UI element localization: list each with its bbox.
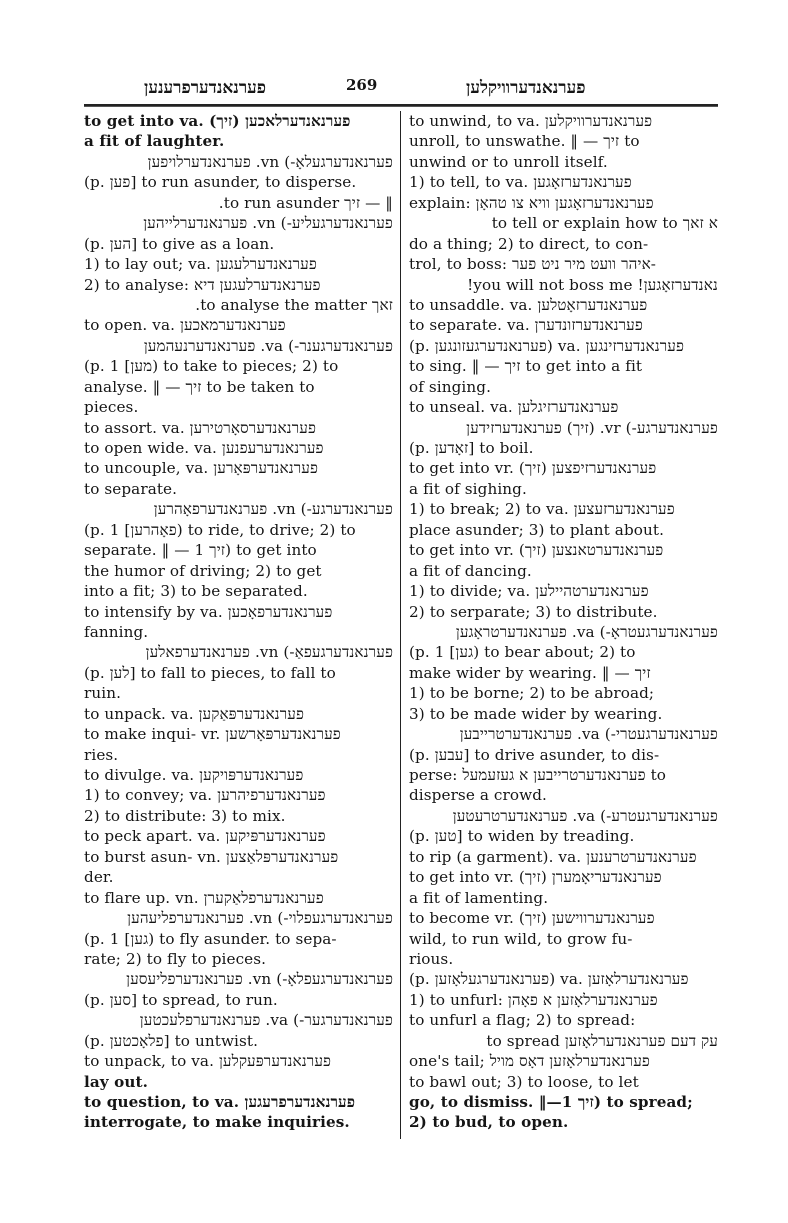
entry-line: (p. גען] 1) to bear about; 2) to (409, 642, 718, 662)
entry-line: (p. פערנאנדערגעלאָזען) va. פערנאנדערלאָז… (409, 969, 718, 989)
entry-line: into a fit; 3) to be separated. (84, 581, 393, 601)
entry-line: do a thing; 2) to direct, to con- (409, 234, 718, 254)
entry-line: place asunder; 3) to plant about. (409, 520, 718, 540)
entry-line: to get into va. (זיך) פערנאנדערלאכען (84, 111, 393, 131)
entry-line: to open wide. va. פערנאנדערעפנען (84, 438, 393, 458)
entry-line: (p. פערנאנדערגעזונגען) va. פערנאנדערזינג… (409, 336, 718, 356)
entry-line: (p. לען] to fall to pieces, to fall to (84, 663, 393, 683)
entry-line: pieces. (84, 397, 393, 417)
entry-line: analyse. ‖ — זיך to be taken to (84, 377, 393, 397)
entry-line: (p. זאָדען] to boil. (409, 438, 718, 458)
entry-line: to get into vr. (זיך) פערנאנדערזיפצען (409, 458, 718, 478)
entry-line: 1) to tell, to va. פערנאנדערזאָגען (409, 172, 718, 192)
left-guide-word: פערנאנדערפרענען (144, 78, 266, 98)
entry-line: to burst asun- vn. פערנאנדערפּלאַצען (84, 847, 393, 867)
entry-columns: to get into va. (זיך) פערנאנדערלאכעןa fi… (84, 111, 718, 1139)
entry-line: פערנאנדערגעפאַ-) vn. פערנאנדערפאלען (84, 642, 393, 662)
entry-line: (p. הען] to give as a loan. (84, 234, 393, 254)
entry-line: פערנאנדערגעטרע-) va. פערנאנדערטרעטען (409, 806, 718, 826)
entry-line: perse: פערנאנדערטרייבען א געזעמעל to (409, 765, 718, 785)
entry-line: נאנדערזאָגען! you will not boss me! (409, 275, 718, 295)
entry-line: to rip (a garment). va. פערנאנדערטרענען (409, 847, 718, 867)
entry-line: a fit of sighing. (409, 479, 718, 499)
entry-line: rate; 2) to fly to pieces. (84, 949, 393, 969)
entry-line: 2) to bud, to open. (409, 1112, 718, 1132)
entry-line: (p. פען] to run asunder, to disperse. (84, 172, 393, 192)
entry-line: פערנאנדערגעטרי-) va. פערנאנדערטרייבען (409, 724, 718, 744)
entry-line: to unwind, to va. פערנאנדערוויקלען (409, 111, 718, 131)
entry-line: (p. עבען] to drive asunder, to dis- (409, 745, 718, 765)
entry-line: wild, to run wild, to grow fu- (409, 929, 718, 949)
entry-line: (p. גען] 1) to fly asunder. to sepa- (84, 929, 393, 949)
entry-line: fanning. (84, 622, 393, 642)
entry-line: פערנאנדערגע-) vn. פערנאנדערפאָהרען (84, 499, 393, 519)
entry-line: ruin. (84, 683, 393, 703)
dictionary-page: פערנאנדערפרענען 269 פערנאנדערוויקלען to … (84, 72, 718, 1139)
entry-line: 2) to distribute: 3) to mix. (84, 806, 393, 826)
entry-line: go, to dismiss. ‖—זיך 1) to spread; (409, 1092, 718, 1112)
entry-line: to flare up. vn. פערנאנדערפלאַקערן (84, 888, 393, 908)
entry-line: a fit of dancing. (409, 561, 718, 581)
entry-line: 1) to unfurl: פערנאנדערלאָזען א פאָהן (409, 990, 718, 1010)
entry-line: 1) to break; 2) to va. פערנאנדערזעצען (409, 499, 718, 519)
entry-line: 3) to be made wider by wearing. (409, 704, 718, 724)
entry-line: to peck apart. va. פערנאנדערפּיקען (84, 826, 393, 846)
entry-line: 1) to be borne; 2) to be abroad; (409, 683, 718, 703)
entry-line: (p. פאָהרען] 1) to ride, to drive; 2) to (84, 520, 393, 540)
entry-line: to get into vr. (זיך) פערנאנדערטאנצען (409, 540, 718, 560)
entry-line: disperse a crowd. (409, 785, 718, 805)
entry-line: 1) to lay out; va. פערנאנדערלעגען (84, 254, 393, 274)
entry-line: to bawl out; 3) to loose, to let (409, 1072, 718, 1092)
entry-line: unwind or to unroll itself. (409, 152, 718, 172)
entry-line: 2) to serparate; 3) to distribute. (409, 602, 718, 622)
entry-line: זאך to analyse the matter. (84, 295, 393, 315)
entry-line: to question, to va. פערנאנדערפרעגען (84, 1092, 393, 1112)
entry-line: of singing. (409, 377, 718, 397)
entry-line: (p. סען] to spread, to run. (84, 990, 393, 1010)
entry-line: (p. פלאָכטען] to untwist. (84, 1031, 393, 1051)
entry-line: עק דעם פערנאנדערלאָזען to spread (409, 1031, 718, 1051)
entry-line: to open. va. פערנאנדערמאכען (84, 315, 393, 335)
entry-line: to unsaddle. va. פערנאנדערזאָטלען (409, 295, 718, 315)
entry-line: to divulge. va. פערנאנדערפּויקען (84, 765, 393, 785)
entry-line: a fit of lamenting. (409, 888, 718, 908)
entry-line: פערנאנדערגער-) va. פערנאנדערפלעכטען (84, 1010, 393, 1030)
entry-line: to separate. (84, 479, 393, 499)
running-head: פערנאנדערפרענען 269 פערנאנדערוויקלען (84, 72, 718, 102)
right-guide-word: פערנאנדערוויקלען (466, 78, 586, 98)
entry-line: interrogate, to make inquiries. (84, 1112, 393, 1132)
entry-line: a fit of laughter. (84, 131, 393, 151)
entry-line: to sing. ‖ — זיך to get into a fit (409, 356, 718, 376)
entry-line: פערנאנדערגעפלוי-) vn. פערנאנדערפליעהען (84, 908, 393, 928)
entry-line: פערנאנדערגע-) vr. (זיך) פערנאנדערזידען (409, 418, 718, 438)
entry-line: make wider by wearing. ‖ — זיך (409, 663, 718, 683)
entry-line: rious. (409, 949, 718, 969)
entry-line: to unpack. va. פערנאנדערפּאַקען (84, 704, 393, 724)
entry-line: 2) to analyse: פערנאנדערלעגען דיא (84, 275, 393, 295)
entry-line: one's tail; פערנאנדערלאָזען דאָס מויל (409, 1051, 718, 1071)
entry-line: (p. טען] to widen by treading. (409, 826, 718, 846)
entry-line: 1) to divide; va. פערנאנדערטהיילען (409, 581, 718, 601)
entry-line: trol, to boss: איהר וועט מיר ניט פער- (409, 254, 718, 274)
left-column: to get into va. (זיך) פערנאנדערלאכעןa fi… (84, 111, 400, 1139)
entry-line: to unseal. va. פערנאנדערזיגלען (409, 397, 718, 417)
entry-line: explain: פערנאנדערזאָגען וויא צו טהאָן (409, 193, 718, 213)
entry-line: to uncouple, va. פערנאנדערפּאָרען (84, 458, 393, 478)
entry-line: unroll, to unswathe. ‖ — זיך to (409, 131, 718, 151)
page-number: 269 (346, 76, 377, 94)
entry-line: פערנאנדערגעליע-) vn. פערנאנדערלייהען (84, 213, 393, 233)
entry-line: to assort. va. פערנאנדערסאָרטירען (84, 418, 393, 438)
entry-line: 1) to convey; va. פערנאנדערפיהרען (84, 785, 393, 805)
entry-line: lay out. (84, 1072, 393, 1092)
entry-line: to intensify by va. פערנאנדערפאָכען (84, 602, 393, 622)
entry-line: separate. ‖ — זיך 1) to get into (84, 540, 393, 560)
entry-line: א זאך to tell or explain how to (409, 213, 718, 233)
entry-line: to separate. va. פערנאנדערזונדערן (409, 315, 718, 335)
entry-line: פערנאנדערגעטראָ-) va. פערנאנדערטראָגען (409, 622, 718, 642)
entry-line: ‖ — זיך to run asunder. (84, 193, 393, 213)
entry-line: der. (84, 867, 393, 887)
entry-line: פערנאנדערגעפלאָ-) vn. פערנאנדערפליעסען (84, 969, 393, 989)
entry-line: ries. (84, 745, 393, 765)
entry-line: פערנאנדערגענר-) va. פערנאנדערנעהמען (84, 336, 393, 356)
entry-line: to unfurl a flag; 2) to spread: (409, 1010, 718, 1030)
entry-line: (p. מען] 1) to take to pieces; 2) to (84, 356, 393, 376)
entry-line: פערנאנדערגעלאָ-) vn. פערנאנדערלויפען (84, 152, 393, 172)
right-column: to unwind, to va. פערנאנדערוויקלעןunroll… (401, 111, 718, 1139)
entry-line: to become vr. (זיך) פערנאנדערווישען (409, 908, 718, 928)
entry-line: to make inqui- vr. פערנאנדערפּאָרשען (84, 724, 393, 744)
entry-line: the humor of driving; 2) to get (84, 561, 393, 581)
entry-line: to get into vr. (זיך) פערנאנדעריאָמערן (409, 867, 718, 887)
entry-line: to unpack, to va. פערנאנדערפּעקלען (84, 1051, 393, 1071)
header-rule (84, 104, 718, 107)
